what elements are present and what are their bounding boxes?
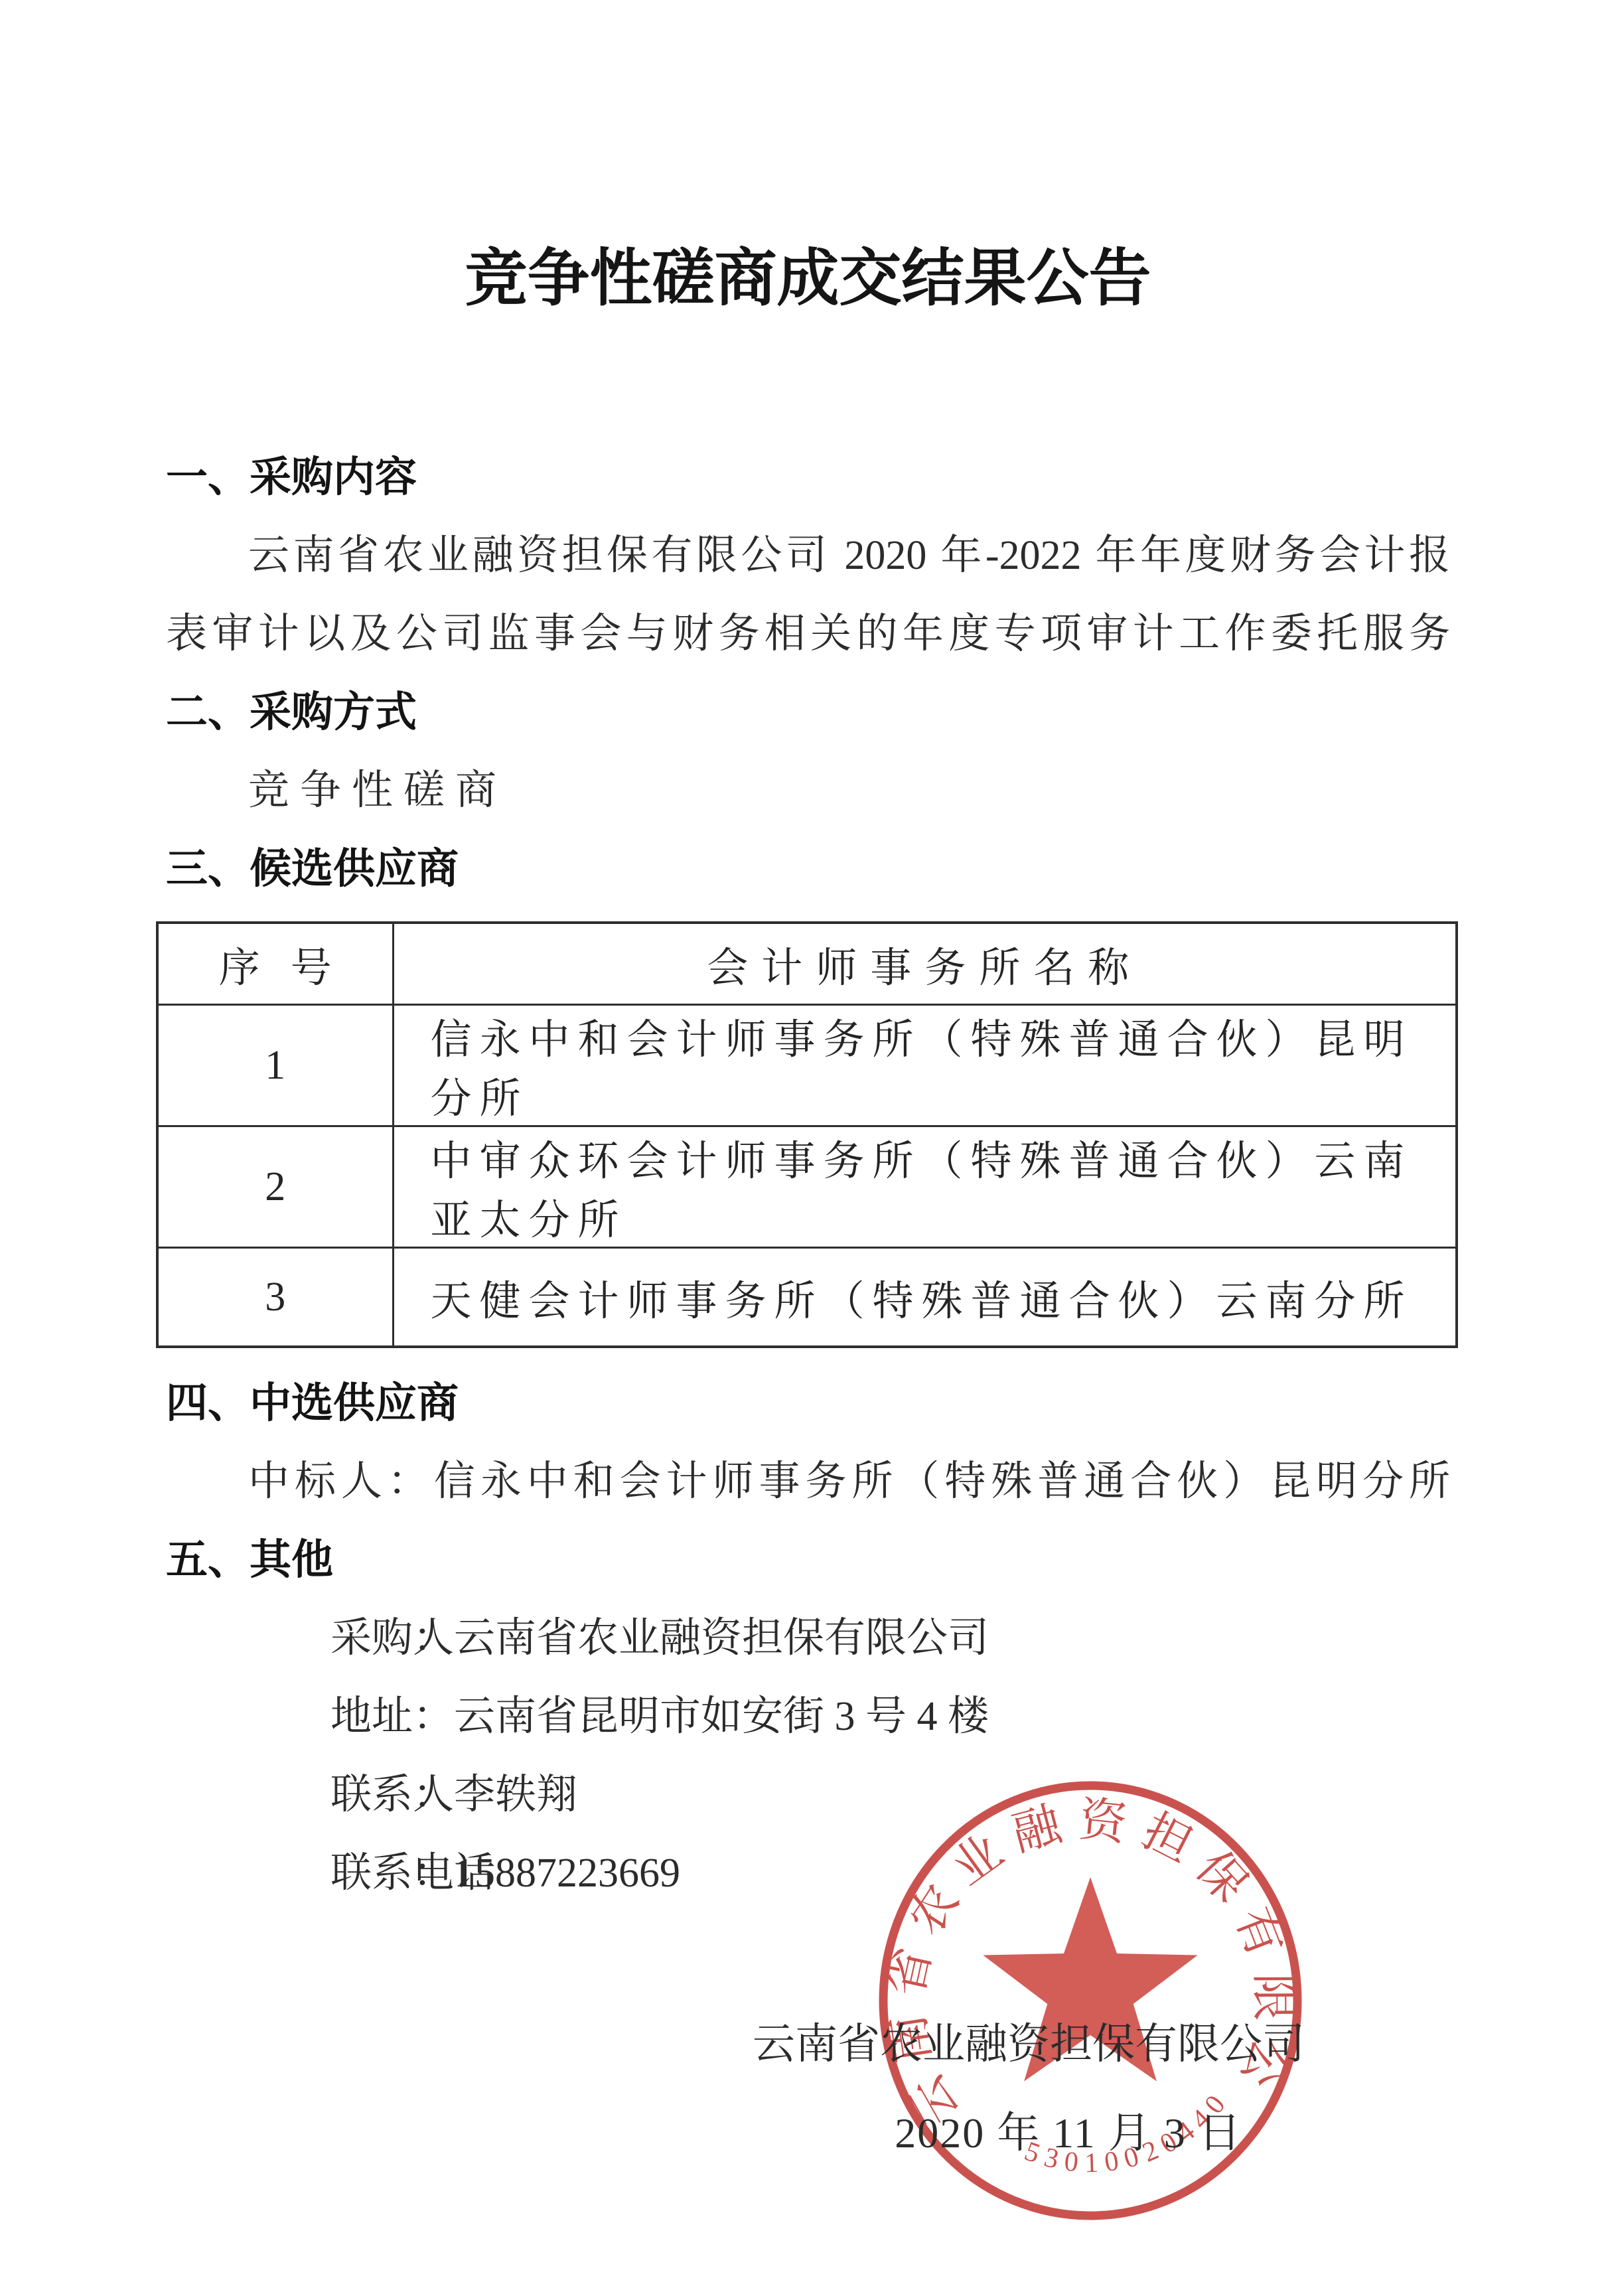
announcement-page: 竞争性磋商成交结果公告 一、采购内容 云南省农业融资担保有限公司 2020 年-… bbox=[0, 0, 1606, 2296]
row1-firm-name: 信永中和会计师事务所（特殊普通合伙）昆明分所 bbox=[393, 1005, 1457, 1126]
signature-date: 2020 年 11 月 3 日 bbox=[710, 2094, 1427, 2173]
section-heading-candidate-suppliers: 三、候选供应商 bbox=[166, 830, 1450, 908]
table-header-index-label: 序号 bbox=[219, 935, 332, 994]
row2-firm-name: 中审众环会计师事务所（特殊普通合伙）云南亚太分所 bbox=[393, 1126, 1457, 1248]
paragraph-procurement-method: 竞争性磋商 bbox=[166, 751, 1450, 830]
row1-index: 1 bbox=[157, 1005, 393, 1126]
row2-index: 2 bbox=[157, 1126, 393, 1248]
table-header-index: 序号 bbox=[157, 923, 393, 1005]
colon: ： bbox=[413, 1616, 454, 1661]
paragraph-procurement-content-line1: 云南省农业融资担保有限公司 2020 年-2022 年年度财务会计报 bbox=[166, 516, 1450, 595]
table-header-firm-name: 会计师事务所名称 bbox=[393, 923, 1457, 1005]
row3-firm-name: 天健会计师事务所（特殊普通合伙）云南分所 bbox=[393, 1248, 1457, 1347]
field-address-label: 地址 bbox=[248, 1677, 413, 1756]
signature-company: 云南省农业融资担保有限公司 bbox=[630, 2005, 1427, 2084]
paragraph-procurement-content-line2: 表审计以及公司监事会与财务相关的年度专项审计工作委托服务 bbox=[166, 595, 1450, 673]
colon: ： bbox=[413, 1772, 454, 1817]
section-heading-other: 五、其他 bbox=[166, 1521, 1450, 1599]
table-header-row: 序号 会计师事务所名称 bbox=[157, 923, 1457, 1005]
colon: ： bbox=[413, 1851, 454, 1896]
section-heading-procurement-content: 一、采购内容 bbox=[166, 438, 1450, 516]
table-row: 1 信永中和会计师事务所（特殊普通合伙）昆明分所 bbox=[157, 1005, 1457, 1126]
signature-block: 云南省农业融资担保有限公司 2020 年 11 月 3 日 bbox=[630, 2005, 1427, 2173]
page-title: 竞争性磋商成交结果公告 bbox=[166, 239, 1450, 319]
paragraph-selected-supplier: 中标人：信永中和会计师事务所（特殊普通合伙）昆明分所 bbox=[166, 1442, 1450, 1521]
supplier-table: 序号 会计师事务所名称 1 信永中和会计师事务所（特殊普通合伙）昆明分所 2 中… bbox=[156, 921, 1458, 1348]
field-purchaser-value: 云南省农业融资担保有限公司 bbox=[454, 1616, 989, 1661]
table-row: 3 天健会计师事务所（特殊普通合伙）云南分所 bbox=[157, 1248, 1457, 1347]
field-contact-phone-value: 15887223669 bbox=[454, 1851, 680, 1896]
row3-index: 3 bbox=[157, 1248, 393, 1347]
field-address: 地址：云南省昆明市如安街 3 号 4 楼 bbox=[166, 1677, 1450, 1756]
section-heading-procurement-method: 二、采购方式 bbox=[166, 673, 1450, 751]
table-row: 2 中审众环会计师事务所（特殊普通合伙）云南亚太分所 bbox=[157, 1126, 1457, 1248]
field-contact-phone-label: 联系电话 bbox=[248, 1834, 413, 1912]
field-purchaser-label: 采购人 bbox=[248, 1599, 413, 1677]
field-contact-person-label: 联系人 bbox=[248, 1756, 413, 1834]
section-heading-selected-supplier: 四、中选供应商 bbox=[166, 1364, 1450, 1442]
field-purchaser: 采购人：云南省农业融资担保有限公司 bbox=[166, 1599, 1450, 1677]
colon: ： bbox=[413, 1694, 454, 1739]
field-contact-person-value: 李轶翔 bbox=[454, 1772, 577, 1817]
field-address-value: 云南省昆明市如安街 3 号 4 楼 bbox=[454, 1694, 989, 1739]
